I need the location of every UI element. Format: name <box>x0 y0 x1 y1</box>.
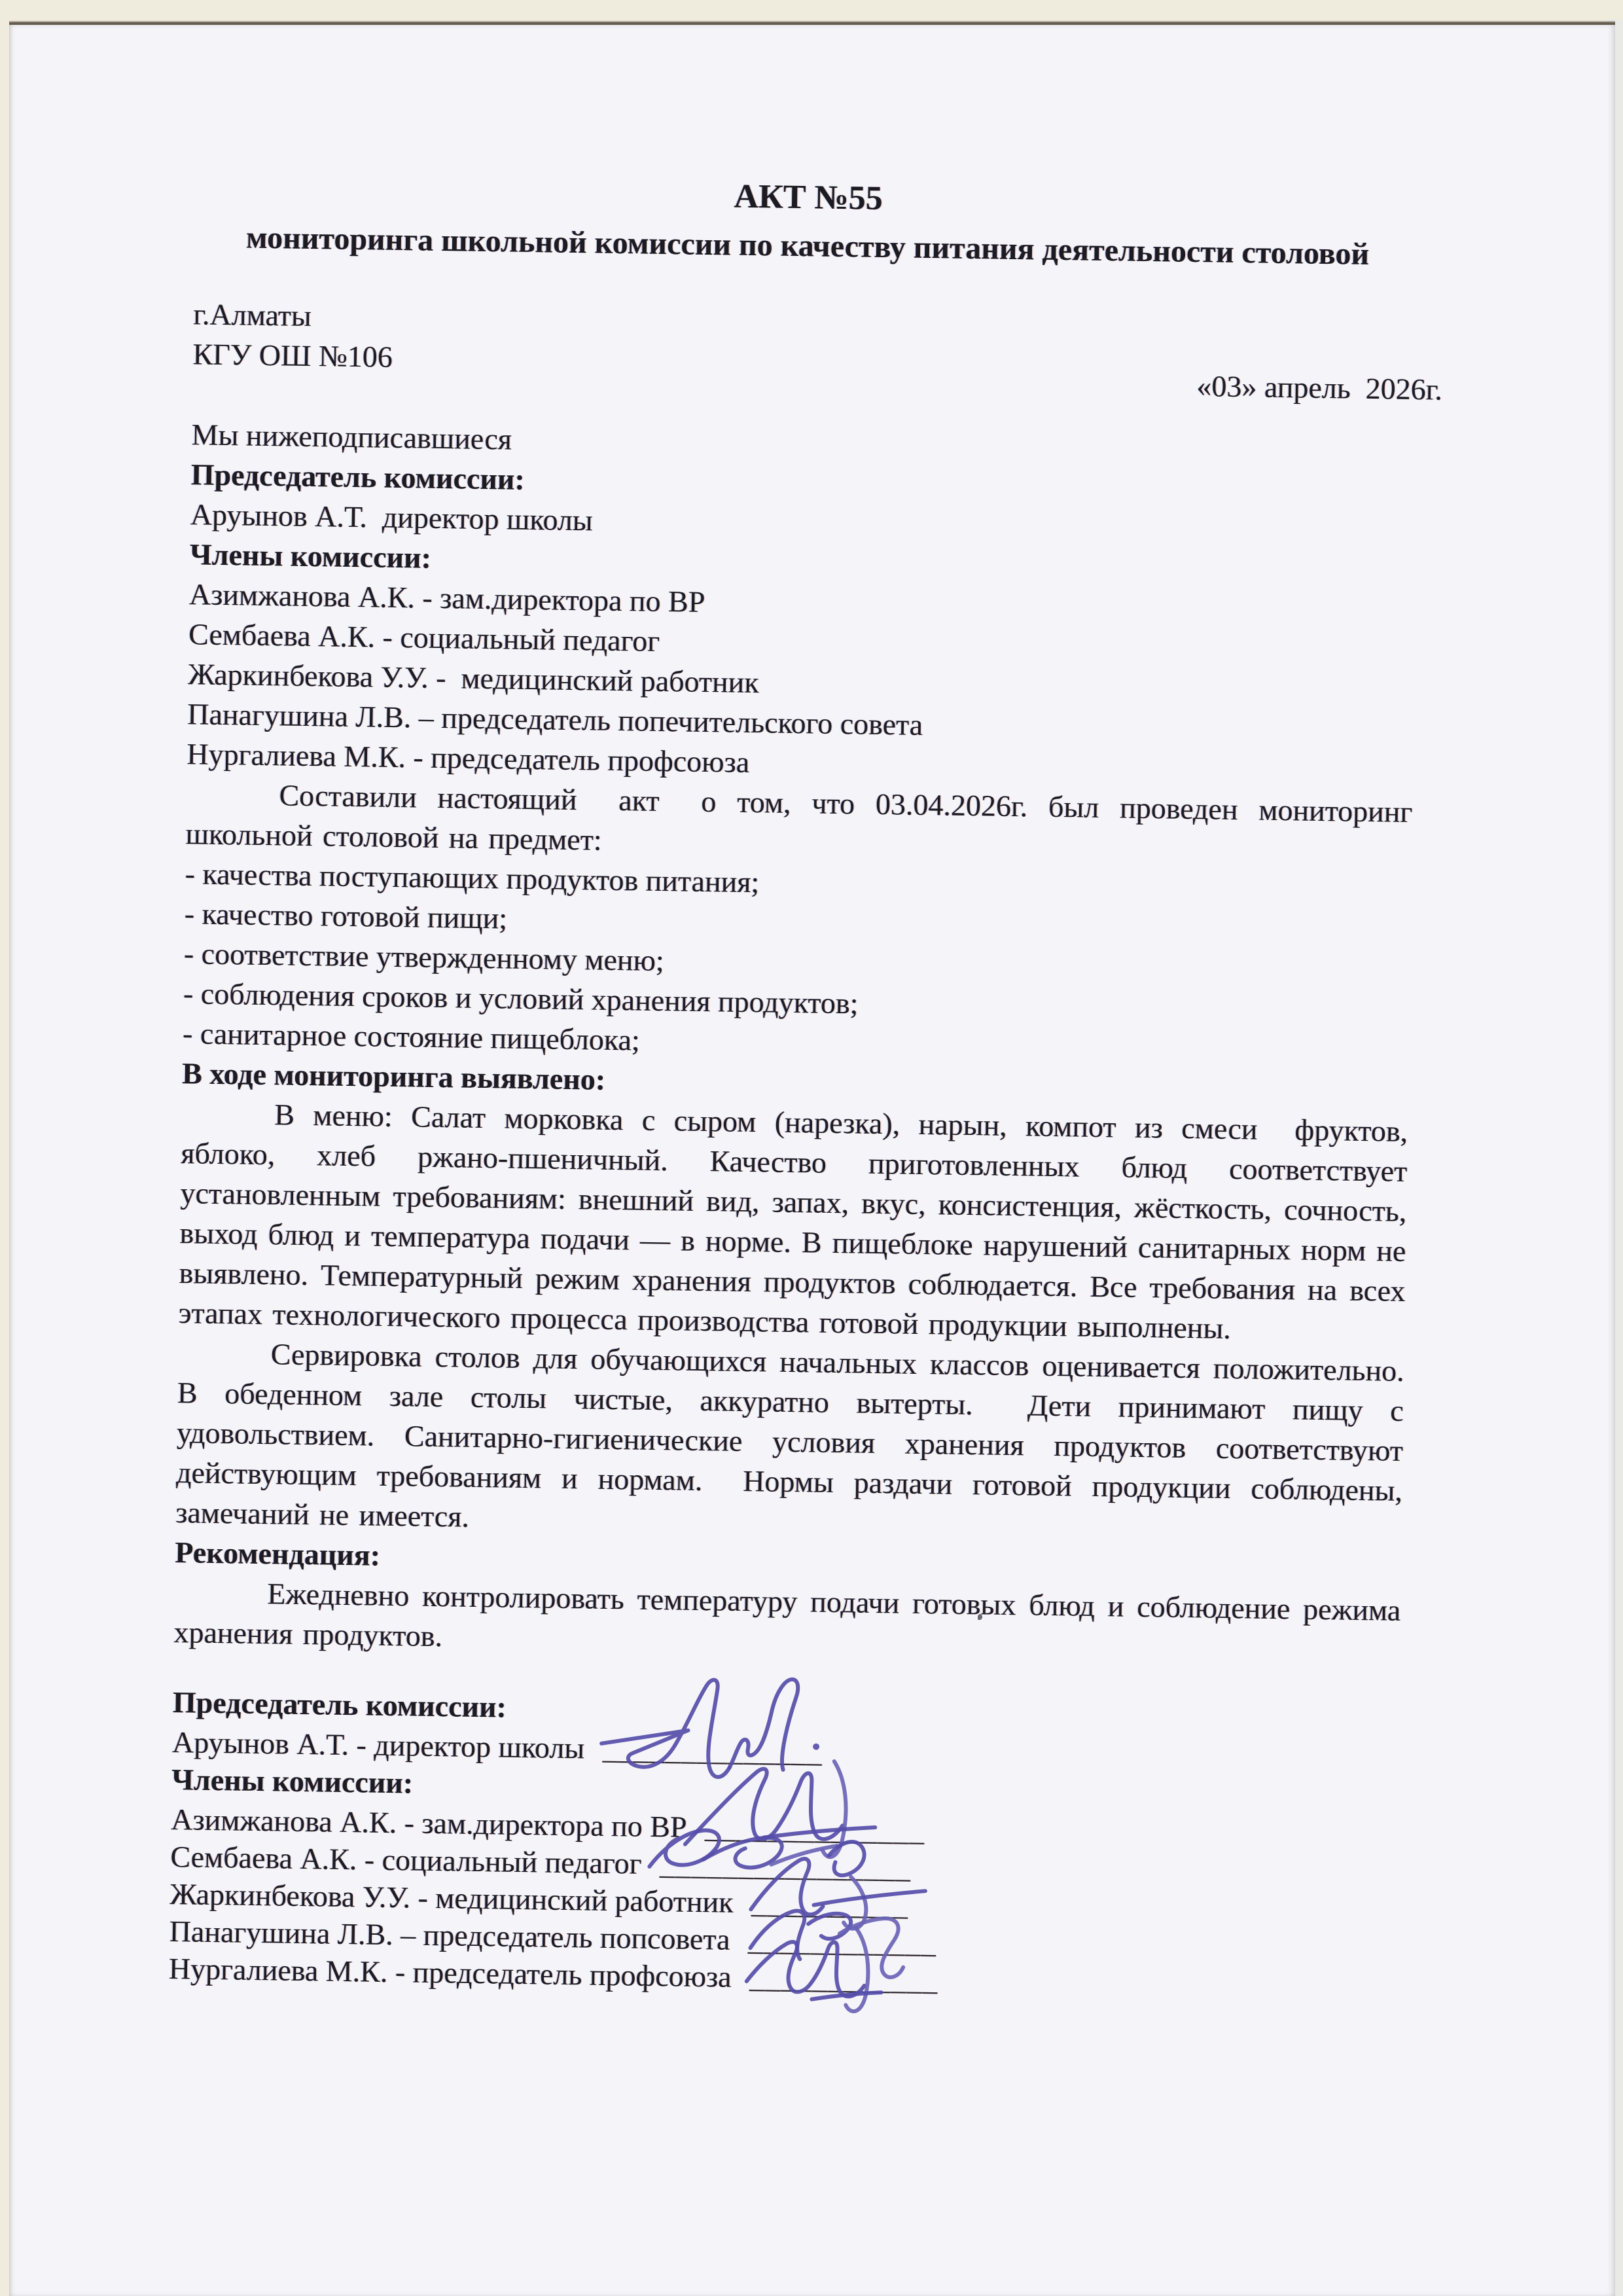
document-header: АКТ №55 мониторинга школьной комиссии по… <box>194 166 1422 281</box>
date-label: «03» апрель 2026г. <box>1196 366 1442 410</box>
school-name: КГУ ОШ №106 <box>192 337 393 374</box>
signatures-section: Председатель комиссии: Аруынов А.Т. - ди… <box>169 1683 1400 2005</box>
signature-label: Жаркинбекова У.У. - медицинский работник <box>169 1877 734 1919</box>
scanned-document: { "document": { "title": "АКТ №55", "sub… <box>0 0 1623 2296</box>
signature-line: ________________ <box>660 1847 912 1884</box>
signature-line: ______________ <box>705 1810 925 1847</box>
place-date-block: г.Алматы КГУ ОШ №106 «03» апрель 2026г. <box>192 294 1420 392</box>
signature-slot: ____________ <box>748 1921 937 1961</box>
signature-label: Азимжанова А.К. - зам.директора по ВР <box>171 1803 687 1844</box>
signature-slot: ______________ <box>602 1730 823 1770</box>
findings-paragraph-1: В меню: Салат морковка с сыром (нарезка)… <box>178 1093 1408 1351</box>
signature-slot: ____________ <box>749 1958 938 1998</box>
signature-label: Панагушина Л.В. – председатель попсовета <box>169 1914 730 1956</box>
signature-slot: ______________ <box>705 1808 925 1849</box>
findings-paragraph-2: Сервировка столов для обучающихся началь… <box>175 1333 1404 1551</box>
signature-label: Нургалиева М.К. - председатель профсоюза <box>169 1952 732 1994</box>
signature-line: __________ <box>751 1886 909 1922</box>
signature-label: Сембаева А.К. - социальный педагог <box>170 1840 642 1880</box>
signature-slot: __________ <box>751 1884 909 1924</box>
signature-slot: ________________ <box>660 1845 912 1886</box>
signature-line: ______________ <box>602 1732 823 1768</box>
document-page: АКТ №55 мониторинга школьной комиссии по… <box>9 22 1615 2296</box>
signature-line: ____________ <box>749 1960 938 1996</box>
signature-line: ____________ <box>748 1923 937 1959</box>
document-content: АКТ №55 мониторинга школьной комиссии по… <box>0 24 1615 2008</box>
signature-label: Аруынов А.Т. - директор школы <box>172 1725 585 1765</box>
